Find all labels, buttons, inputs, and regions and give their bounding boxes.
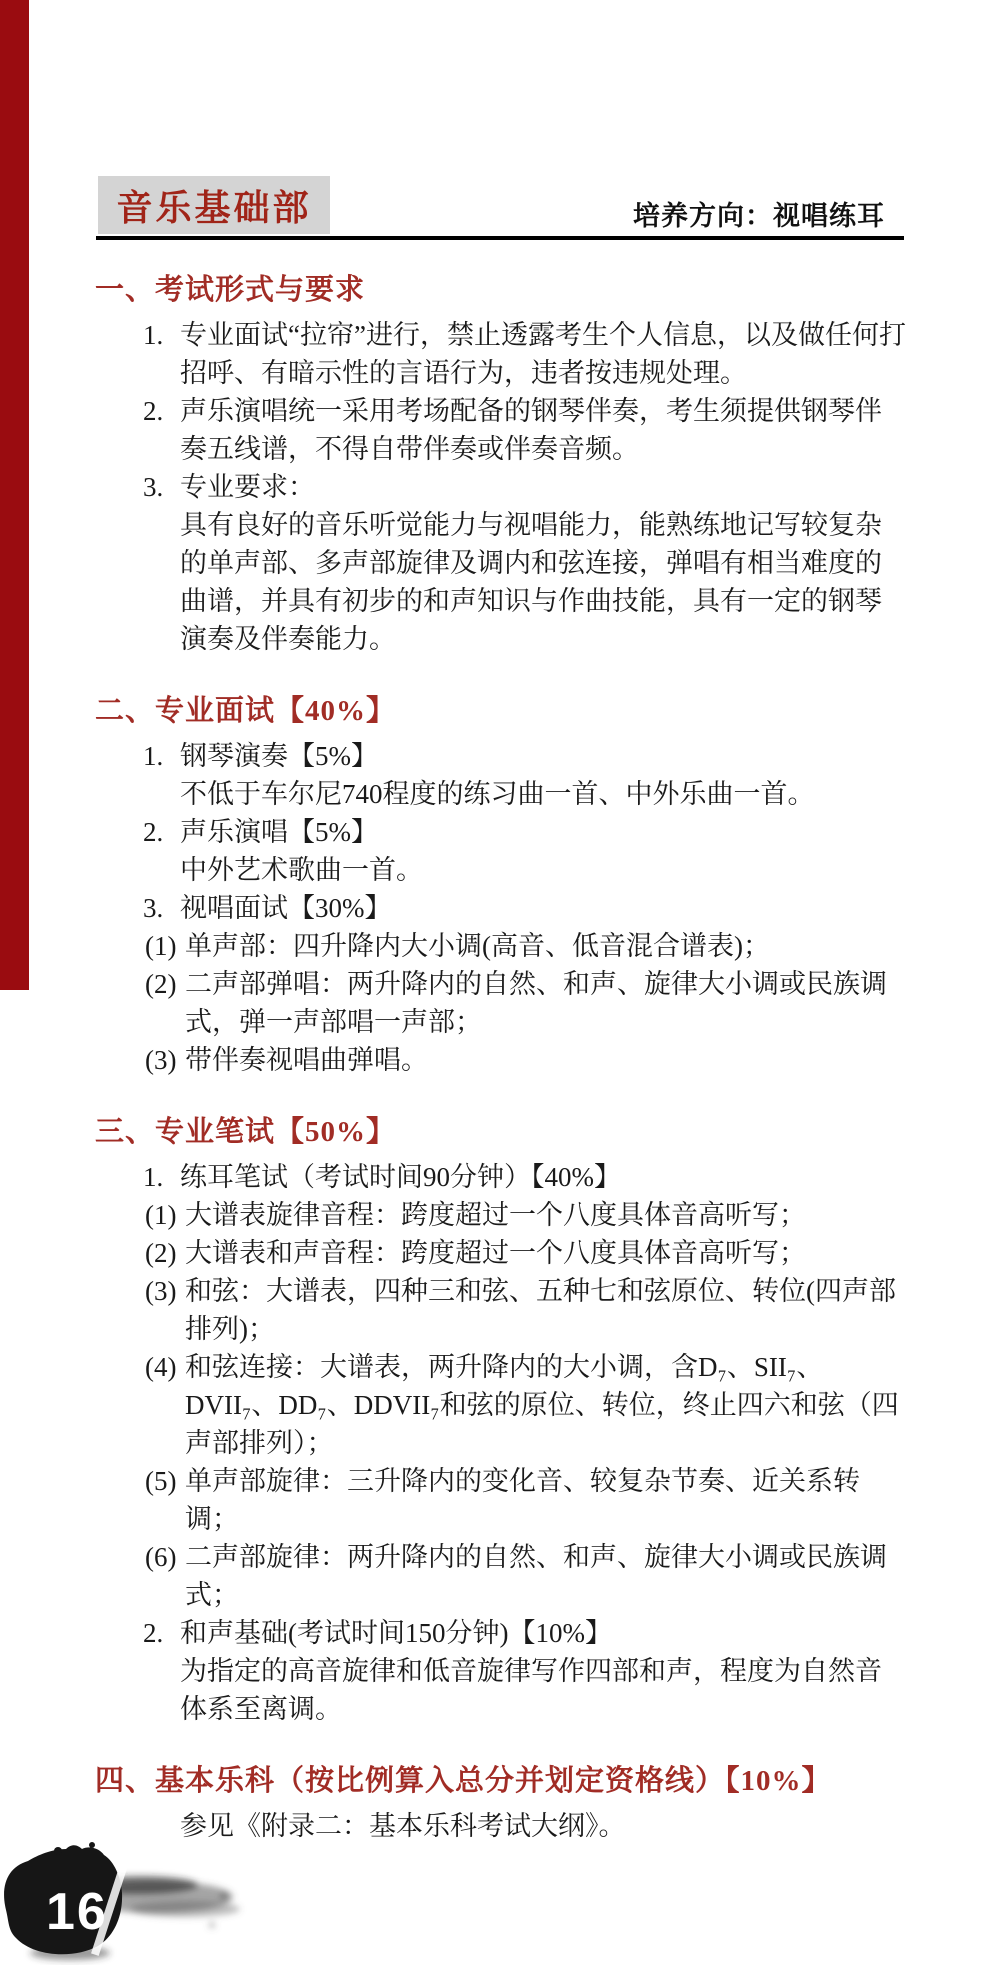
content-line: 2.和声基础(考试时间150分钟)【10%】 [95,1614,907,1652]
item-text: 声乐演唱【5%】 [180,817,378,847]
item-text: 练耳笔试（考试时间90分钟）【40%】 [180,1162,621,1192]
content-line: (4)和弦连接：大谱表，两升降内的大小调，含D₇、SII₇、DVII₇、DD₇、… [95,1348,907,1462]
content-line: (2)大谱表和声音程：跨度超过一个八度具体音高听写； [95,1234,907,1272]
item-marker: (2) [145,1234,176,1272]
item-text: 大谱表和声音程：跨度超过一个八度具体音高听写； [185,1238,806,1268]
item-text: 和弦连接：大谱表，两升降内的大小调，含D₇、SII₇、DVII₇、DD₇、DDV… [185,1352,899,1458]
content-line: 2.声乐演唱【5%】 [95,813,907,851]
document-content: 一、考试形式与要求 1.专业面试“拉帘”进行，禁止透露考生个人信息，以及做任何打… [95,270,907,1845]
item-text: 二声部旋律：两升降内的自然、和声、旋律大小调或民族调式； [185,1542,887,1610]
item-text: 大谱表旋律音程：跨度超过一个八度具体音高听写； [185,1200,806,1230]
content-line: 3.视唱面试【30%】 [95,889,907,927]
section-items: 1.钢琴演奏【5%】 不低于车尔尼740程度的练习曲一首、中外乐曲一首。 2.声… [95,737,907,1079]
document-section: 四、基本乐科（按比例算入总分并划定资格线）【10%】 参见《附录二：基本乐科考试… [95,1761,907,1845]
item-marker: 1. [143,1158,163,1196]
document-section: 二、专业面试【40%】 1.钢琴演奏【5%】 不低于车尔尼740程度的练习曲一首… [95,691,907,1079]
content-line: (1)单声部：四升降内大小调(高音、低音混合谱表)； [95,927,907,965]
section-items: 1.专业面试“拉帘”进行，禁止透露考生个人信息，以及做任何打招呼、有暗示性的言语… [95,316,907,658]
department-title-box: 音乐基础部 [98,176,330,234]
item-text: 视唱面试【30%】 [180,893,392,923]
item-marker: (1) [145,927,176,965]
item-marker: (2) [145,965,176,1003]
section-items: 1.练耳笔试（考试时间90分钟）【40%】 (1)大谱表旋律音程：跨度超过一个八… [95,1158,907,1728]
section-title: 四、基本乐科（按比例算入总分并划定资格线）【10%】 [95,1761,907,1801]
item-text: 单声部旋律：三升降内的变化音、较复杂节奏、近关系转调； [185,1466,860,1534]
content-line: 1.练耳笔试（考试时间90分钟）【40%】 [95,1158,907,1196]
item-text: 和弦：大谱表，四种三和弦、五种七和弦原位、转位(四声部排列)； [185,1276,896,1344]
content-line: (3)带伴奏视唱曲弹唱。 [95,1041,907,1079]
content-line: 参见《附录二：基本乐科考试大纲》。 [95,1807,907,1845]
item-marker: 2. [143,813,163,851]
item-marker: (1) [145,1196,176,1234]
left-accent-bar [0,0,29,990]
section-items: 参见《附录二：基本乐科考试大纲》。 [95,1807,907,1845]
item-text: 为指定的高音旋律和低音旋律写作四部和声，程度为自然音体系至离调。 [180,1656,882,1724]
item-text: 参见《附录二：基本乐科考试大纲》。 [180,1811,626,1841]
item-marker: (3) [145,1041,176,1079]
section-title: 一、考试形式与要求 [95,270,907,310]
content-line: 具有良好的音乐听觉能力与视唱能力，能熟练地记写较复杂的单声部、多声部旋律及调内和… [95,506,907,658]
training-direction-label: 培养方向：视唱练耳 [633,194,885,233]
item-text: 具有良好的音乐听觉能力与视唱能力，能熟练地记写较复杂的单声部、多声部旋律及调内和… [180,510,882,654]
content-line: (5)单声部旋律：三升降内的变化音、较复杂节奏、近关系转调； [95,1462,907,1538]
document-section: 三、专业笔试【50%】 1.练耳笔试（考试时间90分钟）【40%】 (1)大谱表… [95,1112,907,1728]
item-marker: 3. [143,468,163,506]
item-marker: (5) [145,1462,176,1500]
item-text: 带伴奏视唱曲弹唱。 [185,1045,428,1075]
item-marker: 1. [143,316,163,354]
item-marker: 2. [143,392,163,430]
section-title: 三、专业笔试【50%】 [95,1112,907,1152]
content-line: 为指定的高音旋律和低音旋律写作四部和声，程度为自然音体系至离调。 [95,1652,907,1728]
content-line: 3.专业要求： [95,468,907,506]
item-text: 不低于车尔尼740程度的练习曲一首、中外乐曲一首。 [180,779,815,809]
content-line: 1.专业面试“拉帘”进行，禁止透露考生个人信息，以及做任何打招呼、有暗示性的言语… [95,316,907,392]
item-marker: (6) [145,1538,176,1576]
item-text: 专业面试“拉帘”进行，禁止透露考生个人信息，以及做任何打招呼、有暗示性的言语行为… [180,320,906,388]
item-text: 钢琴演奏【5%】 [180,741,378,771]
header-divider [96,236,904,240]
page-number: 16 [46,1882,156,1942]
content-line: (2)二声部弹唱：两升降内的自然、和声、旋律大小调或民族调式，弹一声部唱一声部； [95,965,907,1041]
item-marker: 1. [143,737,163,775]
content-line: (1)大谱表旋律音程：跨度超过一个八度具体音高听写； [95,1196,907,1234]
item-text: 中外艺术歌曲一首。 [180,855,423,885]
section-title: 二、专业面试【40%】 [95,691,907,731]
content-line: 2.声乐演唱统一采用考场配备的钢琴伴奏，考生须提供钢琴伴奏五线谱，不得自带伴奏或… [95,392,907,468]
item-marker: (3) [145,1272,176,1310]
item-marker: 2. [143,1614,163,1652]
content-line: (6)二声部旋律：两升降内的自然、和声、旋律大小调或民族调式； [95,1538,907,1614]
content-line: (3)和弦：大谱表，四种三和弦、五种七和弦原位、转位(四声部排列)； [95,1272,907,1348]
item-text: 和声基础(考试时间150分钟)【10%】 [180,1618,612,1648]
document-section: 一、考试形式与要求 1.专业面试“拉帘”进行，禁止透露考生个人信息，以及做任何打… [95,270,907,658]
page-title: 音乐基础部 [116,180,311,231]
content-line: 不低于车尔尼740程度的练习曲一首、中外乐曲一首。 [95,775,907,813]
item-text: 二声部弹唱：两升降内的自然、和声、旋律大小调或民族调式，弹一声部唱一声部； [185,969,887,1037]
content-line: 1.钢琴演奏【5%】 [95,737,907,775]
content-line: 中外艺术歌曲一首。 [95,851,907,889]
item-marker: (4) [145,1348,176,1386]
item-text: 单声部：四升降内大小调(高音、低音混合谱表)； [185,931,770,961]
item-marker: 3. [143,889,163,927]
item-text: 专业要求： [180,472,315,502]
item-text: 声乐演唱统一采用考场配备的钢琴伴奏，考生须提供钢琴伴奏五线谱，不得自带伴奏或伴奏… [180,396,882,464]
